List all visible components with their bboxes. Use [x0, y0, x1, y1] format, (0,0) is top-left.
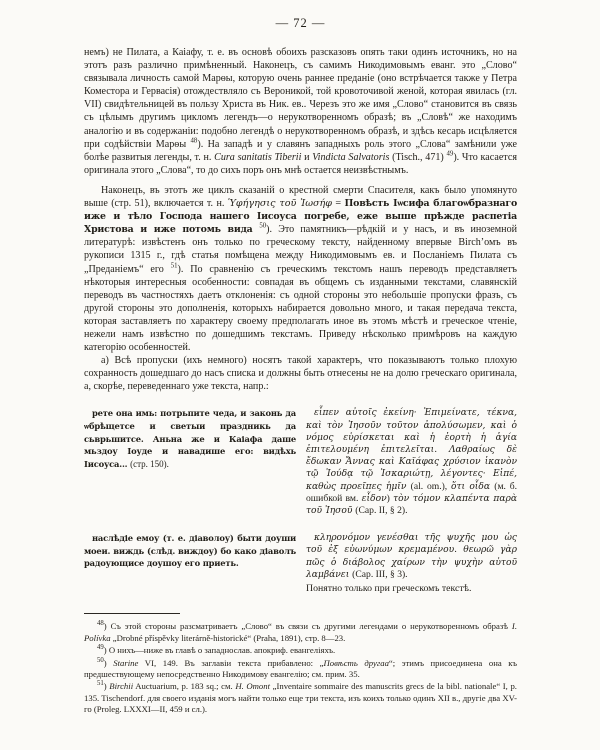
text-segment: Vindicta Salvatoris — [312, 152, 389, 163]
footnote-marker-51: 51 — [97, 680, 104, 687]
text-segment: ). По сравненію съ греческимъ текстомъ н… — [84, 264, 517, 354]
greek-quote-2: κληρονόμον γενέσθαι τῆς ψυχῆς μου ὡς τοῦ… — [306, 532, 517, 581]
text-segment: рете она имь: потрьпите чеда, и законь д… — [84, 408, 296, 468]
parallel-quotes: рете она имь: потрьпите чеда, и законь д… — [84, 407, 517, 595]
text-segment: (Tisch., 471) — [389, 152, 446, 163]
page-number: — 72 — — [84, 16, 517, 31]
footnote-text-51: ) Birchii Auctuarium, p. 183 sq.; см. H.… — [84, 681, 517, 714]
text-segment: Cura sanitatis Tiberii — [214, 152, 301, 163]
text-segment: εἶδον — [362, 494, 387, 504]
text-segment: а) Всѣ пропуски (ихъ немного) носятъ так… — [84, 355, 517, 392]
text-segment: Ὑφήγησις τοῦ Ἰωσήφ — [228, 198, 332, 209]
paragraph-joseph-narrative: Наконецъ, въ этотъ же циклъ сказаній о к… — [84, 184, 517, 354]
editorial-note: Понятно только при греческомъ текстѣ. — [306, 583, 517, 595]
text-segment: (Cap. III, § 3). — [352, 569, 407, 580]
text-segment: Повѣсть другаа — [324, 658, 389, 668]
footnotes: 48) Съ этой стороны разсматриваетъ „Слов… — [84, 621, 517, 715]
text-segment: ) О нихъ—ниже въ главѣ о западнослав. ап… — [104, 645, 335, 655]
scanned-page: — 72 — немъ) не Пилата, а Каіафу, т. е. … — [0, 0, 600, 750]
footnote-text-49: ) О нихъ—ниже въ главѣ о западнослав. ап… — [104, 645, 335, 655]
footnote-text-48: ) Съ этой стороны разсматриваетъ „Слово“… — [84, 621, 517, 642]
greek-quote-1-cell: εἶπεν αὐτοῖς ἐκείνη· Ἐπιμείνατε, τέκνα, … — [306, 407, 517, 517]
footnote-marker-49: 49 — [97, 644, 104, 651]
text-segment: ) — [104, 658, 113, 668]
text-segment: (стр. 150). — [130, 459, 169, 469]
text-segment: Birchii — [109, 681, 133, 691]
text-segment: ) Съ этой стороны разсматриваетъ „Слово“… — [104, 621, 512, 631]
text-segment: „Drobné příspěvky literárně-historické“ … — [111, 633, 346, 643]
text-segment: Starine — [113, 658, 138, 668]
slavonic-quote-1: рете она имь: потрьпите чеда, и законь д… — [84, 407, 296, 470]
text-segment: = — [332, 198, 345, 209]
greek-quote-1: εἶπεν αὐτοῖς ἐκείνη· Ἐπιμείνατε, τέκνα, … — [306, 407, 517, 517]
text-segment: ὅτι οἶδα — [451, 482, 494, 492]
footnote-49: 49) О нихъ—ниже въ главѣ о западнослав. … — [84, 645, 517, 656]
quote-row-2: наслѣдіе емоу (т. е. діаволоу) быти доуш… — [84, 532, 517, 595]
footnote-text-50: ) Starine VI, 149. Въ заглавіи текста пр… — [84, 658, 517, 679]
footnote-separator — [84, 613, 180, 614]
paragraph-omissions: а) Всѣ пропуски (ихъ немного) носятъ так… — [84, 354, 517, 393]
text-segment: немъ) не Пилата, а Каіафу, т. е. въ осно… — [84, 47, 517, 150]
text-segment: и — [301, 152, 312, 163]
slavonic-quote-2: наслѣдіе емоу (т. е. діаволоу) быти доуш… — [84, 532, 296, 570]
footnote-50: 50) Starine VI, 149. Въ заглавіи текста … — [84, 658, 517, 681]
text-segment: εἶπεν αὐτοῖς ἐκείνη· Ἐπιμείνατε, τέκνα, … — [306, 408, 517, 491]
text-segment: (Cap. II, § 2). — [355, 505, 407, 516]
text-segment: κληρονόμον γενέσθαι τῆς ψυχῆς μου ὡς τοῦ… — [306, 533, 517, 580]
quote-row-1: рете она имь: потрьпите чеда, и законь д… — [84, 407, 517, 517]
paragraph-continuation: немъ) не Пилата, а Каіафу, т. е. въ осно… — [84, 46, 517, 177]
footnote-marker-48: 48 — [97, 620, 104, 627]
text-segment: H. Omont — [235, 681, 270, 691]
text-segment: VI, 149. Въ заглавіи текста прибавлено: … — [138, 658, 323, 668]
text-segment: (al. om.), — [411, 481, 451, 492]
text-segment: Auctuarium, p. 183 sq.; см. — [133, 681, 235, 691]
footnote-48: 48) Съ этой стороны разсматриваетъ „Слов… — [84, 621, 517, 644]
text-segment: наслѣдіе емоу (т. е. діаволоу) быти доуш… — [84, 533, 296, 568]
greek-quote-2-cell: κληρονόμον γενέσθαι τῆς ψυχῆς μου ὡς τοῦ… — [306, 532, 517, 595]
footnote-51: 51) Birchii Auctuarium, p. 183 sq.; см. … — [84, 681, 517, 715]
footnote-marker-50: 50 — [97, 657, 104, 664]
